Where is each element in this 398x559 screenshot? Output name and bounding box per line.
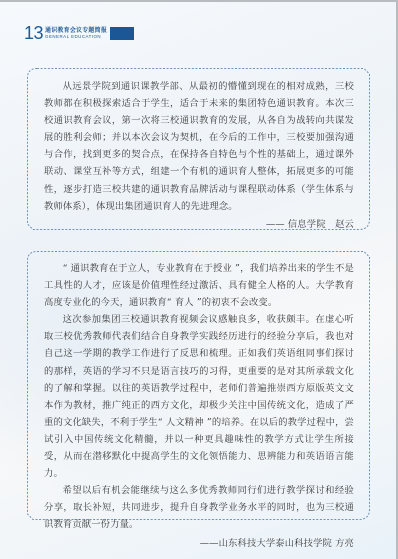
paragraph: 希望以后有机会能继续与这么多优秀教师同行们进行教学探讨和经验分享，取长补短，共同… [44,482,354,533]
page-header: 13 通识教育会议专题简报 GENERAL EDUCATION [24,24,134,42]
header-subtitle: GENERAL EDUCATION [45,34,107,40]
author-signature: —— 信息学院 赵云 [44,216,354,233]
article-card-1: 从远景学院到通识课教学部、从最初的懵懂到现在的相对成熟，三校教师都在积极探索适合… [27,68,370,230]
paragraph: 这次参加集团三校通识教育视频会议感触良多，收获颇丰。在虚心听取三校优秀教师代表们… [44,311,354,482]
paragraph: 从远景学院到通识课教学部、从最初的懵懂到现在的相对成熟，三校教师都在积极探索适合… [44,78,354,215]
header-text-block: 通识教育会议专题简报 GENERAL EDUCATION [45,27,107,40]
page: 13 通识教育会议专题简报 GENERAL EDUCATION 从远景学院到通识… [0,2,396,559]
article-card-2: “ 通识教育在于立人，专业教育在于授业 ”，我们培养出来的学生不是工具性的人才，… [27,251,370,520]
page-number: 13 [24,24,43,42]
author-signature: ——山东科技大学泰山科技学院 方亮 [44,535,354,552]
header-accent-bar [110,27,134,40]
header-title: 通识教育会议专题简报 [45,27,107,34]
paragraph: “ 通识教育在于立人，专业教育在于授业 ”，我们培养出来的学生不是工具性的人才，… [44,260,354,311]
card-body: 从远景学院到通识课教学部、从最初的懵懂到现在的相对成熟，三校教师都在积极探索适合… [27,68,370,233]
card-body: “ 通识教育在于立人，专业教育在于授业 ”，我们培养出来的学生不是工具性的人才，… [27,251,370,552]
